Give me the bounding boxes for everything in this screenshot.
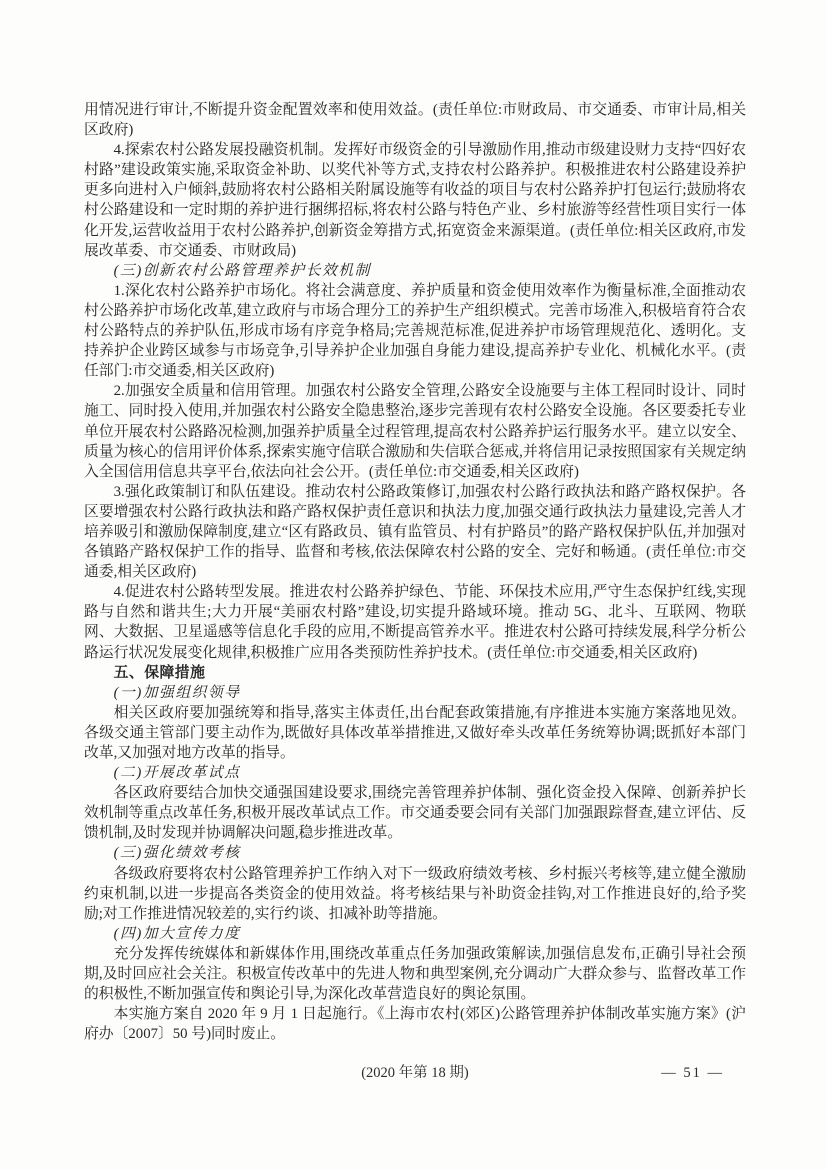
paragraph: 相关区政府要加强统筹和指导,落实主体责任,出台配套政策措施,有序推进本实施方案落… [84, 703, 746, 763]
chapter-heading: 五、保障措施 [84, 663, 746, 683]
issue-label: (2020 年第 18 期) [84, 1063, 746, 1083]
section-heading: (二)开展改革试点 [84, 763, 746, 783]
paragraph: 3.强化政策制订和队伍建设。推动农村公路政策修订,加强农村公路行政执法和路产路权… [84, 482, 746, 582]
document-body: 用情况进行审计,不断提升资金配置效率和使用效益。(责任单位:市财政局、市交通委、… [84, 100, 746, 1044]
paragraph: 4.探索农村公路发展投融资机制。发挥好市级资金的引导激励作用,推动市级建设财力支… [84, 140, 746, 261]
paragraph: 各区政府要结合加快交通强国建设要求,围绕完善管理养护体制、强化资金投入保障、创新… [84, 783, 746, 843]
section-heading: (四)加大宣传力度 [84, 924, 746, 944]
section-heading: (一)加强组织领导 [84, 683, 746, 703]
page-number: — 51 — [661, 1063, 724, 1083]
paragraph: 本实施方案自 2020 年 9 月 1 日起施行。《上海市农村(郊区)公路管理养… [84, 1004, 746, 1044]
section-heading: (三)创新农村公路管理养护长效机制 [84, 261, 746, 281]
paragraph: 各级政府要将农村公路管理养护工作纳入对下一级政府绩效考核、乡村振兴考核等,建立健… [84, 864, 746, 924]
section-heading: (三)强化绩效考核 [84, 843, 746, 863]
paragraph: 4.促进农村公路转型发展。推进农村公路养护绿色、节能、环保技术应用,严守生态保护… [84, 582, 746, 662]
paragraph: 充分发挥传统媒体和新媒体作用,围绕改革重点任务加强政策解读,加强信息发布,正确引… [84, 944, 746, 1004]
paragraph: 2.加强安全质量和信用管理。加强农村公路安全管理,公路安全设施要与主体工程同时设… [84, 381, 746, 481]
paragraph: 1.深化农村公路养护市场化。将社会满意度、养护质量和资金使用效率作为衡量标准,全… [84, 281, 746, 381]
document-page: 用情况进行审计,不断提升资金配置效率和使用效益。(责任单位:市财政局、市交通委、… [0, 0, 827, 1170]
paragraph-continuation: 用情况进行审计,不断提升资金配置效率和使用效益。(责任单位:市财政局、市交通委、… [84, 100, 746, 140]
